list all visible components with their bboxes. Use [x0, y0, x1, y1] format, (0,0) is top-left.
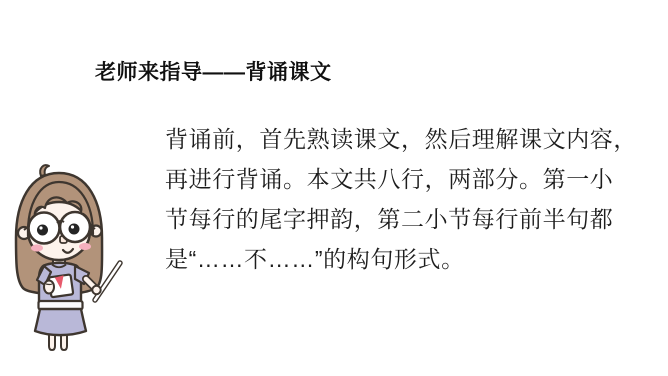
body-paragraph: 背诵前，首先熟读课文，然后理解课文内容， 再进行背诵。本文共八行，两部分。第一小… — [165, 119, 637, 279]
teacher-illustration — [0, 160, 140, 376]
body-line: 是“……不……”的构句形式。 — [165, 239, 637, 279]
body-line: 背诵前，首先熟读课文，然后理解课文内容， — [165, 119, 637, 159]
slide-title: 老师来指导——背诵课文 — [95, 56, 332, 86]
body-line: 再进行背诵。本文共八行，两部分。第一小 — [165, 159, 637, 199]
left-hand — [44, 281, 54, 294]
right-blush — [79, 243, 91, 250]
body-line: 节每行的尾字押韵，第二小节每行前半句都 — [165, 199, 637, 239]
presentation-slide: 老师来指导——背诵课文 背诵前，首先熟读课文，然后理解课文内容， 再进行背诵。本… — [0, 0, 668, 376]
teacher-skirt — [35, 309, 86, 335]
left-blush — [31, 244, 43, 251]
